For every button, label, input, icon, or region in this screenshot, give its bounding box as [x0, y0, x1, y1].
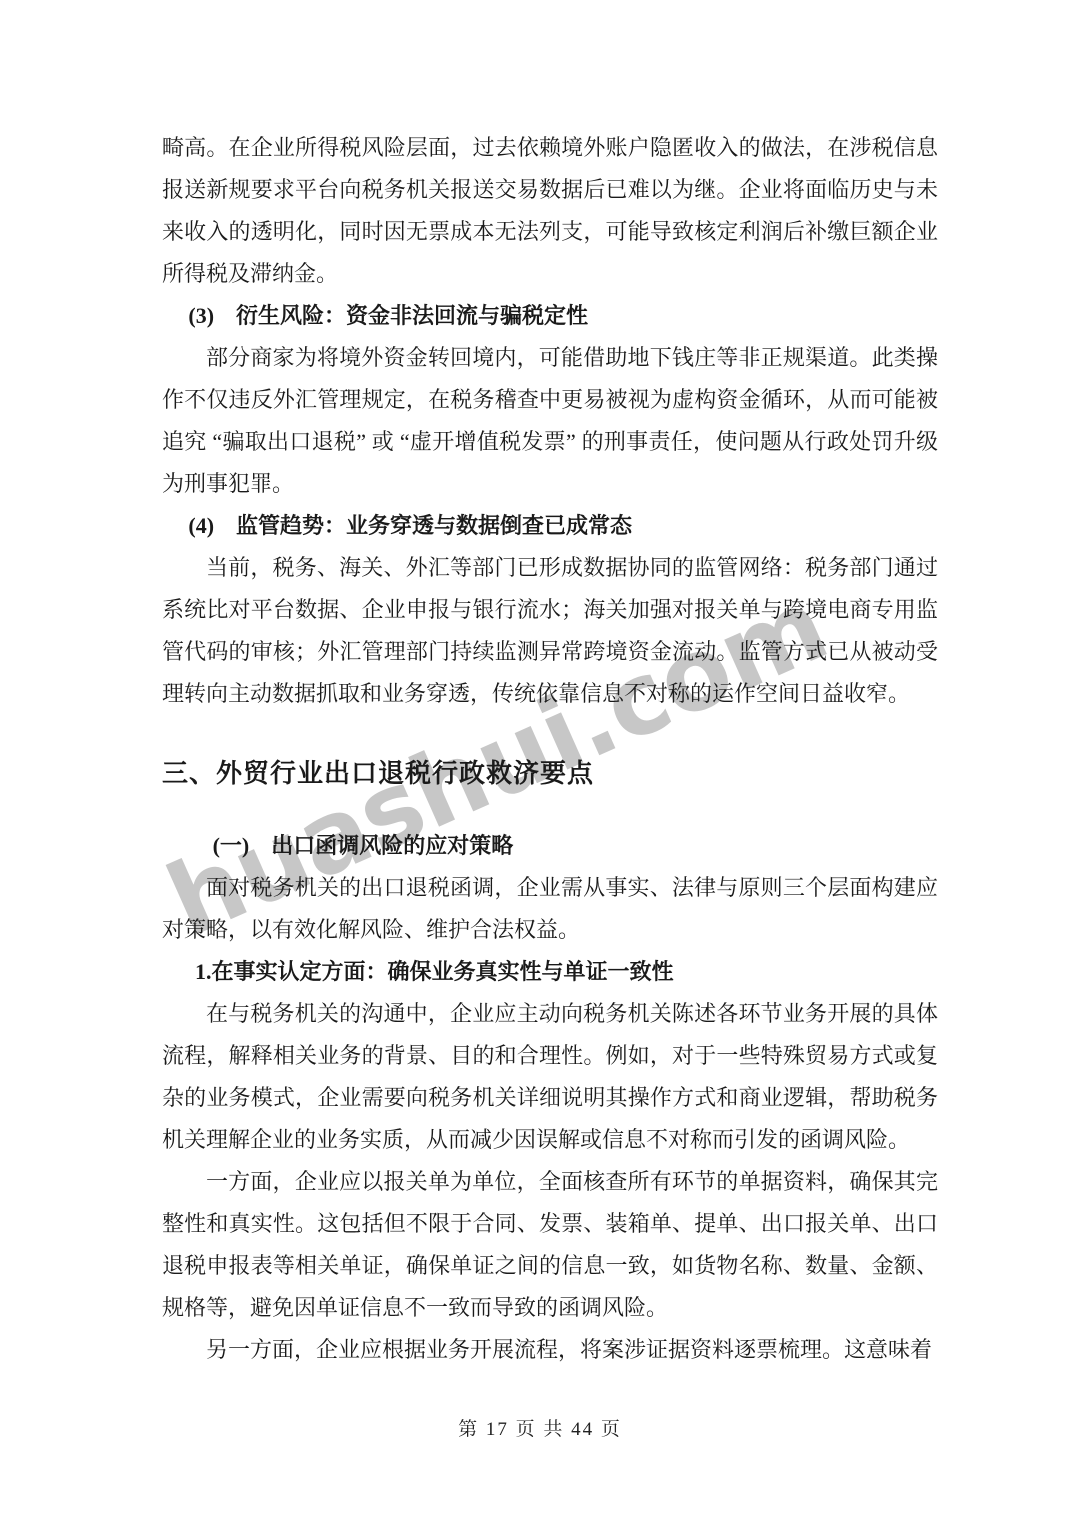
- body-paragraph-continuation: 畸高。在企业所得税风险层面，过去依赖境外账户隐匿收入的做法，在涉税信息报送新规要…: [162, 127, 938, 295]
- document-body: 畸高。在企业所得税风险层面，过去依赖境外账户隐匿收入的做法，在涉税信息报送新规要…: [162, 127, 938, 1371]
- chapter-heading: 三、外贸行业出口退税行政救济要点: [162, 751, 938, 797]
- section-heading: (一) 出口函调风险的应对策略: [162, 825, 938, 867]
- body-paragraph: 在与税务机关的沟通中，企业应主动向税务机关陈述各环节业务开展的具体流程，解释相关…: [162, 993, 938, 1161]
- body-paragraph: 当前，税务、海关、外汇等部门已形成数据协同的监管网络：税务部门通过系统比对平台数…: [162, 547, 938, 715]
- body-paragraph: 面对税务机关的出口退税函调，企业需从事实、法律与原则三个层面构建应对策略，以有效…: [162, 867, 938, 951]
- document-page: huashui.com 畸高。在企业所得税风险层面，过去依赖境外账户隐匿收入的做…: [0, 0, 1080, 1529]
- page-footer: 第 17 页 共 44 页: [0, 1414, 1080, 1441]
- body-paragraph: 部分商家为将境外资金转回境内，可能借助地下钱庄等非正规渠道。此类操作不仅违反外汇…: [162, 337, 938, 505]
- body-paragraph-truncated: 另一方面，企业应根据业务开展流程，将案涉证据资料逐票梳理。这意味着: [162, 1329, 938, 1371]
- numbered-heading: 1.在事实认定方面：确保业务真实性与单证一致性: [162, 951, 938, 993]
- subheading-regulatory-trend: (4) 监管趋势：业务穿透与数据倒查已成常态: [162, 505, 938, 547]
- subheading-derivative-risk: (3) 衍生风险：资金非法回流与骗税定性: [162, 295, 938, 337]
- body-paragraph: 一方面，企业应以报关单为单位，全面核查所有环节的单据资料，确保其完整性和真实性。…: [162, 1161, 938, 1329]
